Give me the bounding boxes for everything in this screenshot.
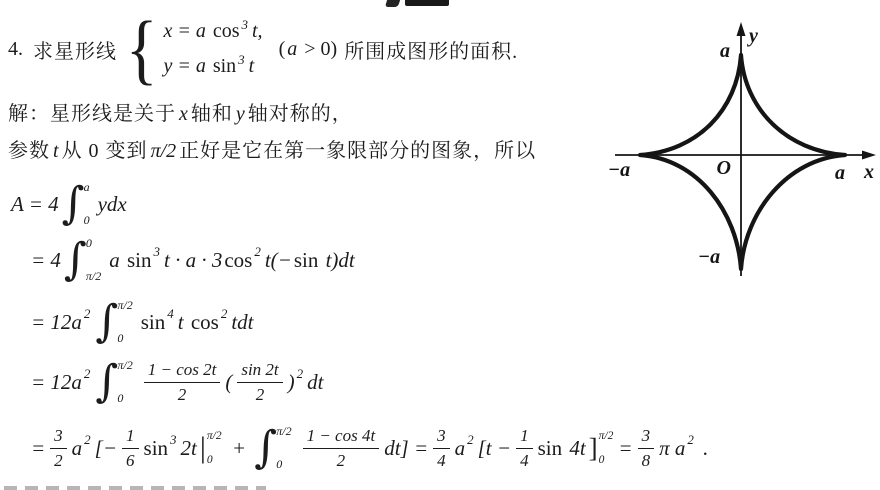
math-token: ( <box>279 38 286 60</box>
math-token: 2 <box>84 366 91 381</box>
math-token: 3 <box>238 52 245 67</box>
math-token: 2 <box>84 306 91 321</box>
figure-label-neg-a-left: −a <box>608 159 630 181</box>
math-token: sin 2t <box>237 359 282 382</box>
cropped-title-bar <box>405 0 449 6</box>
math-token: ( <box>225 370 232 394</box>
math-token: 2 <box>254 244 261 259</box>
math-token: ∫π/20 <box>254 424 295 472</box>
math-token: = 12a <box>31 310 82 334</box>
math-token: 0 <box>84 213 90 228</box>
figure-label-y: y <box>747 25 758 47</box>
math-token: 14 <box>516 425 533 471</box>
math-token: 1 <box>122 425 139 448</box>
math-token: 2 <box>84 432 91 447</box>
math-token: sin <box>144 436 169 460</box>
math-token: 6 <box>122 449 139 471</box>
solution-line1-text-c: 轴对称的， <box>248 97 353 126</box>
math-token: 4 <box>516 449 533 471</box>
var-x: x <box>176 103 191 126</box>
formula-line-C: = 12a2∫π/20sin4t cos2tdt <box>30 298 255 346</box>
math-token: a <box>287 38 297 60</box>
math-token: 1 <box>516 425 533 448</box>
math-token: π/2 <box>86 269 101 284</box>
math-token: 2 <box>297 366 304 381</box>
math-token: sin <box>127 248 152 272</box>
figure-label-x: x <box>863 161 874 183</box>
math-token: . <box>698 436 709 460</box>
solution-line2-text-a: 参数 <box>8 134 50 163</box>
math-token: sin <box>141 310 166 334</box>
formula-line-D: = 12a2∫π/201 − cos 2t2(sin 2t2)2dt <box>30 358 324 406</box>
solution-label: 解： <box>8 97 50 126</box>
math-token: ] <box>589 435 598 462</box>
math-token: = <box>31 436 45 460</box>
math-token: 0 <box>117 391 132 406</box>
astroid-curve <box>640 55 845 269</box>
math-token: 4 <box>167 306 174 321</box>
math-token: 3 <box>170 432 177 447</box>
problem-number: 4. <box>8 38 23 61</box>
math-token: 3 <box>433 425 450 448</box>
math-token: 2 <box>221 306 228 321</box>
math-token: 1 − cos 2t2 <box>144 359 221 405</box>
math-token: 3 <box>242 17 249 32</box>
cropped-next-line-fragment <box>4 486 266 490</box>
math-token: dt <box>307 370 323 394</box>
math-token: ∫ <box>254 426 277 470</box>
math-token: 34 <box>433 425 450 471</box>
math-token: t <box>178 310 189 334</box>
math-token: [− <box>95 436 117 460</box>
var-t: t <box>50 140 62 163</box>
formula-line-A: A = 4∫a0ydx <box>10 180 128 228</box>
math-token: t)dt <box>320 248 354 272</box>
math-token: |π/20 <box>200 430 224 466</box>
math-token: 3 <box>153 244 160 259</box>
solution-line1-text-b: 轴和 <box>191 97 233 126</box>
math-token: = <box>618 436 632 460</box>
equation-y: y = a sin3t <box>162 55 263 78</box>
math-token: π/20 <box>117 358 132 406</box>
math-token: π a <box>659 436 685 460</box>
var-pi-over-2: π/2 <box>148 140 180 163</box>
math-token: ∫0π/2 <box>64 236 105 284</box>
math-token: π/20 <box>207 430 222 466</box>
math-token: 0π/2 <box>86 236 101 284</box>
figure-label-origin: O <box>717 157 731 179</box>
figure-label-a-top: a <box>720 40 730 62</box>
math-token: tdt <box>231 310 253 334</box>
math-token: π/20 <box>276 424 291 472</box>
problem-tail-text: 所围成图形的面积. <box>344 35 518 64</box>
math-token: ∫ <box>95 360 118 404</box>
math-token: t(− <box>265 248 292 272</box>
math-token: y = a <box>163 55 210 77</box>
problem-statement: 4. 求星形线 { x = a cos3t, y = a sin3t (a > … <box>8 14 518 84</box>
math-token: 4t <box>564 436 586 460</box>
figure-label-a-right: a <box>835 162 845 184</box>
math-token: sin 2t2 <box>237 359 282 405</box>
system-brace: { <box>126 14 158 84</box>
math-token: 3 <box>638 425 655 448</box>
math-token: = 12a <box>31 370 82 394</box>
math-token: 0 <box>599 454 614 466</box>
math-token: a <box>109 248 125 272</box>
math-token: x = a <box>163 20 210 42</box>
figure-label-neg-a-bottom: −a <box>698 246 720 268</box>
math-token: 2 <box>174 383 191 405</box>
math-token: a <box>72 436 83 460</box>
solution-line2-text-b: 从 0 变到 <box>62 134 148 163</box>
math-token: t · a · 3 <box>164 248 222 272</box>
math-token: ) <box>288 370 295 394</box>
math-token: = 4 <box>31 248 61 272</box>
math-token: a0 <box>84 180 90 228</box>
problem-lead-text: 求星形线 <box>33 35 117 64</box>
math-token: [t − <box>478 436 511 460</box>
math-token: ∫ <box>64 238 87 282</box>
solution-line-1: 解： 星形线是关于 x 轴和 y 轴对称的， <box>8 97 353 126</box>
parametric-equations: x = a cos3t, y = a sin3t <box>162 20 263 78</box>
math-token: 2t <box>181 436 197 460</box>
document-page: 4. 求星形线 { x = a cos3t, y = a sin3t (a > … <box>0 0 880 490</box>
math-token: 1 − cos 4t2 <box>303 425 380 471</box>
math-token: cos <box>213 20 240 42</box>
formula-line-B: = 4∫0π/2a sin3t · a · 3cos2t(−sin t)dt <box>30 236 356 284</box>
math-token: | <box>200 433 206 463</box>
math-token: dt] = <box>384 436 428 460</box>
solution-line2-text-c: 正好是它在第一象限部分的图象，所以 <box>179 134 536 163</box>
math-token: t <box>249 55 255 77</box>
math-token: 3 <box>50 425 67 448</box>
math-token: 2 <box>687 432 694 447</box>
math-token: 4 <box>433 449 450 471</box>
math-token: ydx <box>98 192 127 216</box>
math-token: > 0) <box>299 38 337 60</box>
x-axis-arrow-icon <box>862 151 876 160</box>
math-token: cos <box>191 310 219 334</box>
math-token: ∫ <box>62 182 85 226</box>
math-token: + <box>227 436 252 460</box>
math-token: sin <box>538 436 563 460</box>
math-token: 0 <box>276 457 291 472</box>
math-token: 0 <box>86 236 101 251</box>
math-token: sin <box>294 248 319 272</box>
math-token: π/2 <box>599 430 614 442</box>
math-token: cos <box>224 248 252 272</box>
math-token: π/2 <box>207 430 222 442</box>
math-token: 1 − cos 2t <box>144 359 221 382</box>
var-y: y <box>233 103 248 126</box>
math-token: A = 4 <box>11 192 59 216</box>
math-token: ∫π/20 <box>95 358 136 406</box>
math-token: ]π/20 <box>589 430 616 466</box>
astroid-figure: y x O a a −a −a <box>593 6 880 290</box>
math-token: ∫ <box>95 300 118 344</box>
math-token: sin <box>213 55 236 77</box>
equation-x: x = a cos3t, <box>162 20 263 43</box>
math-token: a <box>84 180 90 195</box>
math-token: 8 <box>638 449 655 471</box>
math-token: π/2 <box>117 358 132 373</box>
condition-a-positive: (a > 0) <box>278 38 339 61</box>
cropped-title-stroke <box>385 0 400 7</box>
solution-line1-text-a: 星形线是关于 <box>50 97 176 126</box>
math-token: 1 − cos 4t <box>303 425 380 448</box>
math-token: 38 <box>638 425 655 471</box>
math-token: ∫a0 <box>62 180 94 228</box>
math-token: 32 <box>50 425 67 471</box>
solution-line-2: 参数 t 从 0 变到 π/2 正好是它在第一象限部分的图象，所以 <box>8 134 536 163</box>
math-token: ∫π/20 <box>95 298 136 346</box>
math-token: 2 <box>467 432 474 447</box>
math-token: π/20 <box>117 298 132 346</box>
math-token: 2 <box>333 449 350 471</box>
math-token: 2 <box>50 449 67 471</box>
math-token: 2 <box>252 383 269 405</box>
formula-line-E: =32a2[−16sin32t|π/20 + ∫π/201 − cos 4t2d… <box>30 424 709 472</box>
math-token: 0 <box>207 454 222 466</box>
math-token: π/2 <box>117 298 132 313</box>
math-token: t, <box>252 20 263 42</box>
y-axis-arrow-icon <box>737 22 746 36</box>
math-token: π/20 <box>599 430 614 466</box>
math-token: 0 <box>117 331 132 346</box>
math-token: a <box>455 436 466 460</box>
math-token: 16 <box>122 425 139 471</box>
math-token: π/2 <box>276 424 291 439</box>
